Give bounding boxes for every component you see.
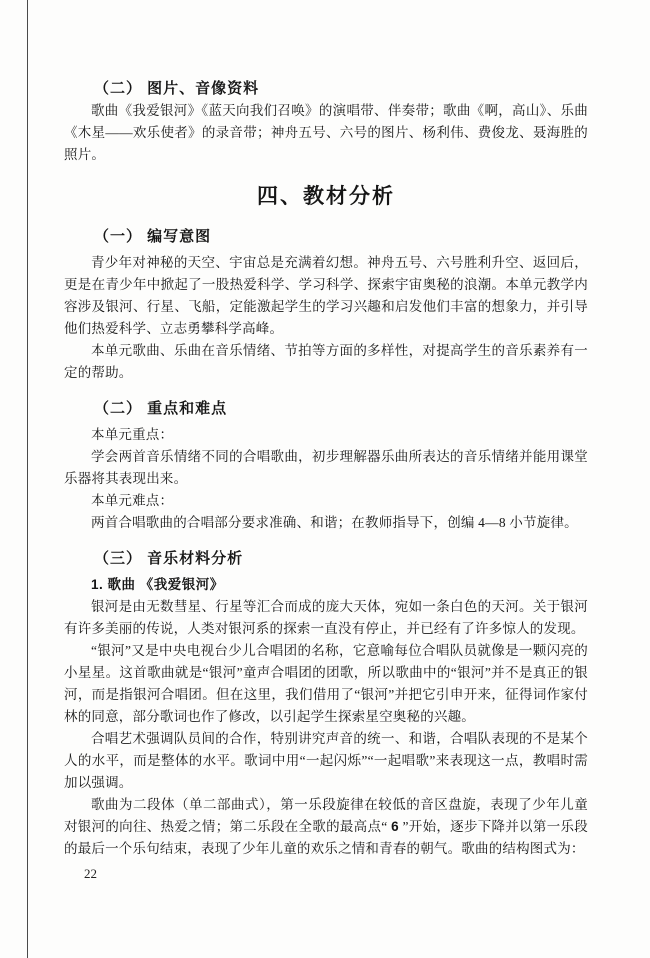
section-writing-intent: （一） 编写意图 青少年对神秘的天空、宇宙总是充满着幻想。神舟五号、六号胜利升空… bbox=[64, 226, 588, 384]
paragraph: 本单元重点： bbox=[64, 424, 588, 446]
subheading-song-i-love-galaxy: 1. 歌曲 《我爱银河》 bbox=[64, 574, 588, 596]
page-number: 22 bbox=[84, 866, 97, 882]
section-heading-writing-intent: （一） 编写意图 bbox=[64, 226, 588, 248]
paragraph: 银河是由无数彗星、行星等汇合而成的庞大天体，宛如一条白色的天河。关于银河有许多美… bbox=[64, 596, 588, 640]
paragraph-materials: 歌曲《我爱银河》《蓝天向我们召唤》的演唱带、伴奏带；歌曲《啊，高山》、乐曲《木星… bbox=[64, 100, 588, 166]
section-heading-music-material-analysis: （三） 音乐材料分析 bbox=[64, 548, 588, 570]
paragraph: 学会两首音乐情绪不同的合唱歌曲，初步理解器乐曲所表达的音乐情绪并能用课堂乐器将其… bbox=[64, 446, 588, 490]
paragraph: 本单元难点： bbox=[64, 490, 588, 512]
page-title: 四、教材分析 bbox=[64, 182, 588, 212]
paragraph-structure: 歌曲为二段体（单二部曲式），第一乐段旋律在较低的音区盘旋，表现了少年儿童对银河的… bbox=[64, 794, 588, 860]
paragraph: “银河”又是中央电视台少儿合唱团的名称，它意喻每位合唱队员就像是一颗闪亮的小星星… bbox=[64, 640, 588, 728]
section-key-difficult-points: （二） 重点和难点 本单元重点： 学会两首音乐情绪不同的合唱歌曲，初步理解器乐曲… bbox=[64, 398, 588, 534]
paragraph: 本单元歌曲、乐曲在音乐情绪、节拍等方面的多样性，对提高学生的音乐素养有一定的帮助… bbox=[64, 340, 588, 384]
left-edge-scan-line bbox=[27, 0, 28, 958]
section-heading-pictures-audio: （二） 图片、音像资料 bbox=[64, 78, 588, 100]
section-music-material-analysis: （三） 音乐材料分析 1. 歌曲 《我爱银河》 银河是由无数彗星、行星等汇合而成… bbox=[64, 548, 588, 860]
section-heading-key-difficult-points: （二） 重点和难点 bbox=[64, 398, 588, 420]
paragraph: 合唱艺术强调队员间的合作，特别讲究声音的统一、和谐，合唱队表现的不是某个人的水平… bbox=[64, 728, 588, 794]
paragraph: 青少年对神秘的天空、宇宙总是充满着幻想。神舟五号、六号胜利升空、返回后，更是在青… bbox=[64, 252, 588, 340]
document-page: （二） 图片、音像资料 歌曲《我爱银河》《蓝天向我们召唤》的演唱带、伴奏带；歌曲… bbox=[0, 0, 650, 958]
musical-note-number: 6 bbox=[391, 819, 399, 834]
paragraph: 两首合唱歌曲的合唱部分要求准确、和谐；在教师指导下，创编 4—8 小节旋律。 bbox=[64, 512, 588, 534]
page-content: （二） 图片、音像资料 歌曲《我爱银河》《蓝天向我们召唤》的演唱带、伴奏带；歌曲… bbox=[64, 78, 588, 860]
